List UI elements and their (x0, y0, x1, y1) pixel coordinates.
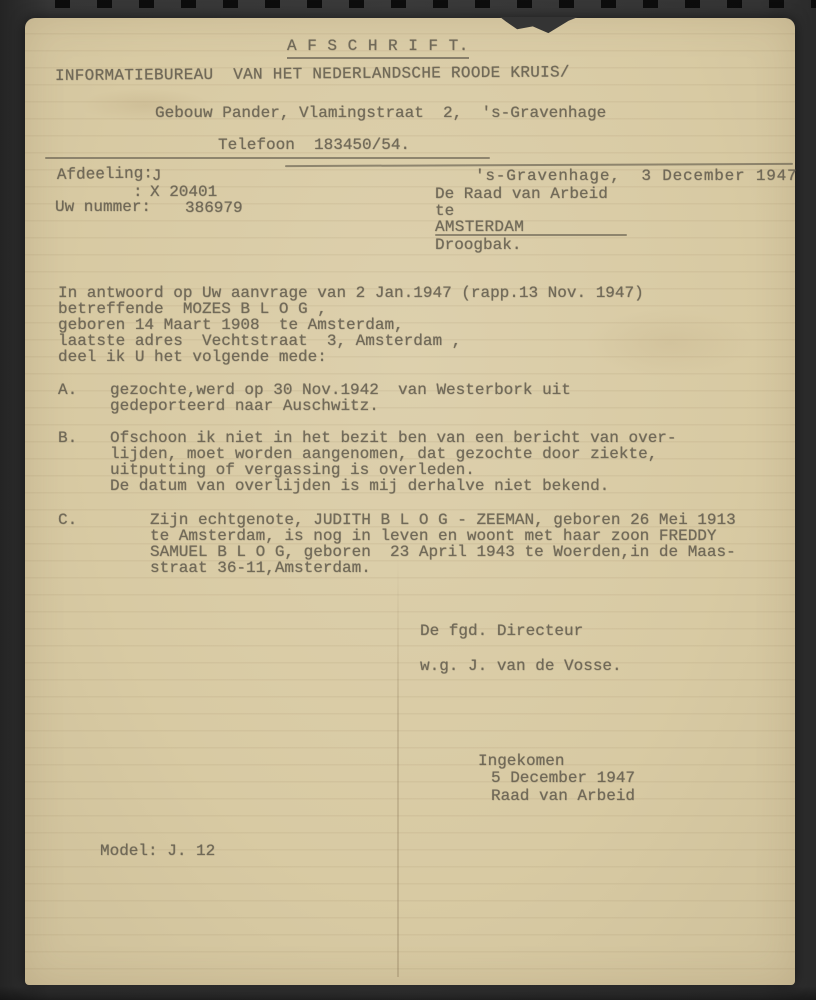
item-a-line: gezochte,werd op 30 Nov.1942 van Westerb… (110, 382, 571, 398)
body-intro-line: betreffende MOZES B L O G , (58, 301, 327, 317)
recipient-name: De Raad van Arbeid (435, 186, 608, 202)
afdeeling-value: J (152, 168, 162, 184)
item-a-line: gedeporteerd naar Auschwitz. (110, 398, 379, 414)
item-b-line: Ofschoon ik niet in het bezit ben van ee… (110, 430, 677, 446)
afdeeling-label: Afdeeling: (57, 165, 153, 183)
item-b-line: lijden, moet worden aangenomen, dat gezo… (110, 446, 657, 462)
item-b-line: De datum van overlijden is mij derhalve … (110, 478, 609, 494)
item-a-label: A. (58, 382, 77, 398)
letterhead-organization: INFORMATIEBUREAU VAN HET NEDERLANDSCHE R… (55, 64, 570, 84)
fold-crease (397, 558, 399, 977)
letterhead-phone: Telefoon 183450/54. (218, 137, 410, 153)
item-b-line: uitputting of vergassing is overleden. (110, 462, 475, 478)
uw-nummer-label: Uw nummer: (55, 199, 151, 215)
item-c-line: te Amsterdam, is nog in leven en woont m… (150, 528, 717, 544)
signature-name: w.g. J. van de Vosse. (420, 658, 622, 674)
letterhead-address: Gebouw Pander, Vlamingstraat 2, 's-Grave… (155, 105, 606, 121)
stamp-ingekomen: Ingekomen (478, 753, 564, 769)
item-c-label: C. (58, 512, 77, 528)
document-heading: A F S C H R I F T. (287, 38, 469, 59)
scan-bottom-shadow (0, 986, 816, 1000)
item-c-line: SAMUEL B L O G, geboren 23 April 1943 te… (150, 544, 736, 560)
recipient-street: Droogbak. (435, 237, 521, 253)
recipient-city: AMSTERDAM (435, 219, 524, 235)
model-number: Model: J. 12 (100, 843, 215, 859)
scan-edge-marks (55, 0, 816, 8)
stamp-date: 5 December 1947 (491, 770, 635, 786)
item-b-label: B. (58, 430, 77, 446)
signature-title: De fgd. Directeur (420, 623, 583, 639)
recipient-te: te (435, 203, 454, 219)
body-intro-line: laatste adres Vechtstraat 3, Amsterdam , (58, 333, 461, 349)
torn-edge (500, 17, 578, 34)
letterhead-rule-left (45, 157, 490, 159)
body-intro-line: deel ik U het volgende mede: (58, 349, 327, 365)
document-paper: A F S C H R I F T. INFORMATIEBUREAU VAN … (25, 18, 795, 985)
paper-stain (585, 308, 755, 378)
uw-nummer-value: 386979 (185, 200, 243, 216)
stamp-org: Raad van Arbeid (491, 788, 635, 804)
item-c-line: Zijn echtgenote, JUDITH B L O G - ZEEMAN… (150, 512, 736, 528)
body-intro-line: geboren 14 Maart 1908 te Amsterdam, (58, 317, 404, 333)
item-c-line: straat 36-11,Amsterdam. (150, 560, 371, 576)
dateline: 's-Gravenhage, 3 December 1947 (475, 168, 797, 184)
body-intro-line: In antwoord op Uw aanvrage van 2 Jan.194… (58, 285, 644, 301)
reference-number: X 20401 (150, 184, 217, 200)
